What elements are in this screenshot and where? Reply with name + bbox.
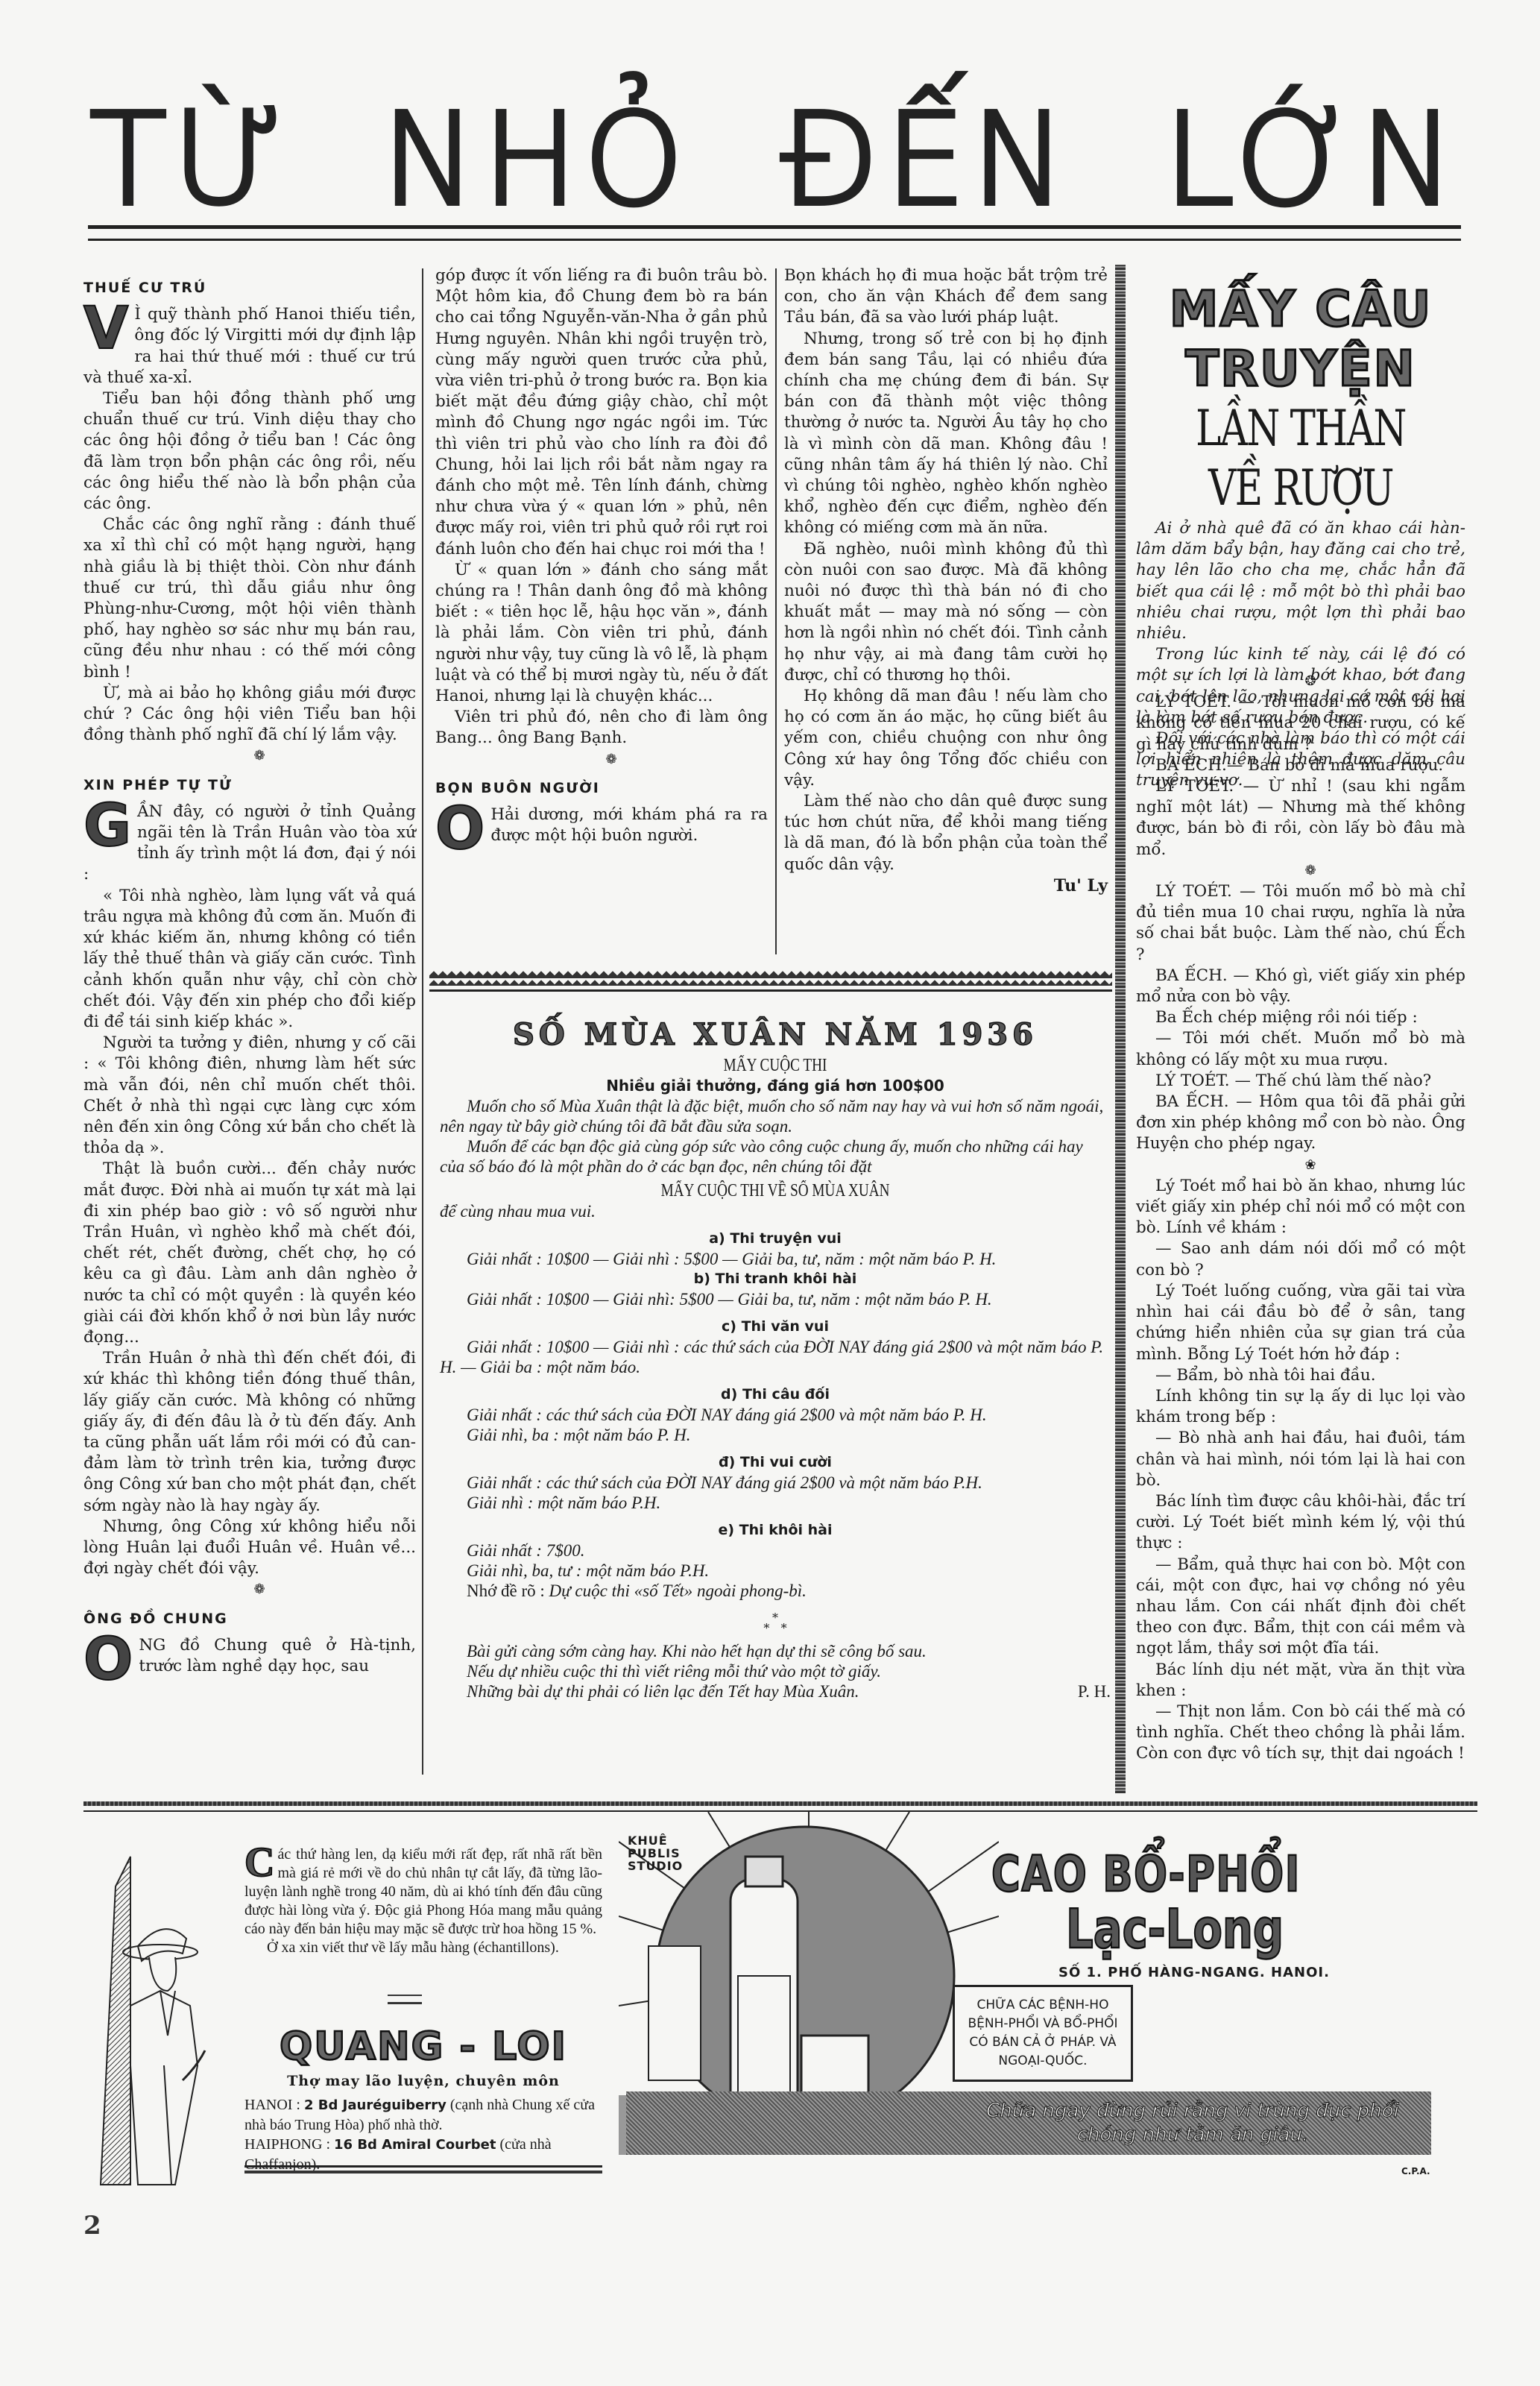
feature-border — [1115, 265, 1126, 1793]
contest-heading: MẤY CUỘC THI VỀ SỐ MÙA XUÂN — [507, 1181, 1044, 1201]
paragraph: BA ẾCH. — Khó gì, viết giấy xin phép mổ … — [1136, 966, 1465, 1007]
prize-line: Giải nhất : các thứ sách của ĐỜI NAY đán… — [440, 1473, 1111, 1493]
paragraph: BA ẾCH. — Hôm qua tôi đã phải gửi đơn xi… — [1136, 1092, 1465, 1155]
note-text: Dự cuộc thi «số Tết» ngoài phong-bì. — [549, 1581, 807, 1600]
paragraph: Ừ, mà ai bảo họ không giầu mới được chứ … — [83, 683, 416, 746]
brand-tagline: Thợ may lão luyện, chuyên môn — [244, 2073, 602, 2089]
paragraph: Người ta tưởng y điên, nhưng y cố cãi : … — [83, 1033, 416, 1159]
street-address: 16 Bd Amiral Courbet — [334, 2137, 496, 2153]
ornament-icon: ❁ — [1136, 860, 1465, 881]
ad-description: ác thứ hàng len, dạ kiểu mới rất đẹp, rấ… — [244, 1846, 602, 1937]
paragraph: LÝ TOÉT. — Ừ nhỉ ! (sau khi ngẫm nghĩ mộ… — [1136, 776, 1465, 860]
prize-line: Giải nhất : các thứ sách của ĐỜI NAY đán… — [440, 1405, 1111, 1425]
feature-title: MẤY CÂU TRUYỆN — [1136, 280, 1465, 399]
ad-quang-loi: Các thứ hàng len, dạ kiểu mới rất đẹp, r… — [75, 1812, 611, 2215]
brand-name: Lạc-Long — [1066, 1898, 1284, 1960]
column-3: Bọn khách họ đi mua hoặc bắt trộm trẻ co… — [784, 265, 1108, 896]
paragraph: — Bẩm, bò nhà tôi hai đầu. — [1136, 1365, 1465, 1386]
masthead-word: ĐẾN — [781, 104, 1072, 216]
drop-cap: O — [83, 1637, 133, 1683]
paragraph: — Tôi mới chết. Muốn mổ bò mà không có l… — [1136, 1028, 1465, 1070]
prize-line: Giải nhì, ba : một năm báo P. H. — [440, 1425, 1111, 1445]
paragraph: Viên tri phủ đó, nên cho đi làm ông Bang… — [435, 707, 768, 749]
masthead-rule — [88, 239, 1461, 241]
agency-credit: C.P.A. — [1401, 2166, 1430, 2176]
slogan: Chữa ngay đừng rủi rằng vi trùng đục phổ… — [954, 2099, 1431, 2147]
author-signature: Tu' Ly — [784, 875, 1108, 896]
ad-note: Ở xa xin viết thư về lấy mẫu hàng (échan… — [244, 1939, 602, 1957]
paragraph: Ừ « quan lớn » đánh cho sáng mắt chúng r… — [435, 560, 768, 707]
contest-announcement: SỐ MÙA XUÂN NĂM 1936 MẤY CUỘC THI Nhiều … — [440, 1014, 1111, 1702]
paragraph: ẦN đây, có người ở tỉnh Quảng ngãi tên l… — [83, 802, 416, 884]
paragraph: Thật là buồn cười... đến chảy nước mắt đ… — [83, 1159, 416, 1348]
paragraph: NG đồ Chung quê ở Hà-tịnh, trước làm ngh… — [139, 1636, 416, 1675]
masthead-word: NHỎ — [382, 104, 689, 216]
paragraph: LÝ TOÉT. — Thế chú làm thế nào? — [1136, 1071, 1465, 1092]
ad-body: Các thứ hàng len, dạ kiểu mới rất đẹp, r… — [244, 1845, 602, 1957]
ad-lac-long: KHUÊ PUBLIS STUDIO CAO BỔ-PHỔI Lạc-Long … — [619, 1812, 1476, 2229]
category-heading: a) Thi truyện vui — [440, 1229, 1111, 1249]
studio-credit: KHUÊ PUBLIS STUDIO — [628, 1834, 680, 1872]
zigzag-border — [429, 969, 1112, 986]
paragraph: Lính không tin sự lạ ấy di lục lọi vào k… — [1136, 1386, 1465, 1428]
ad-bottom-rule — [244, 2165, 602, 2173]
page-number: 2 — [83, 2211, 101, 2241]
contest-title: SỐ MÙA XUÂN NĂM 1936 — [440, 1014, 1111, 1056]
prize-line: Giải nhất : 10$00 — Giải nhì : 5$00 — Gi… — [440, 1249, 1111, 1269]
paragraph: Nhưng, trong số trẻ con bị họ định đem b… — [784, 329, 1108, 539]
address-block: HANOI : 2 Bd Jauréguiberry (cạnh nhà Chu… — [244, 2095, 602, 2174]
paragraph: LÝ TOÉT. — Tôi muốn mổ bò mà chỉ đủ tiền… — [1136, 881, 1465, 966]
prize-headline: Nhiều giải thưởng, đáng giá hơn 100$00 — [440, 1076, 1111, 1096]
feature-subtitle: LẦN THẦN VỀ RƯỢU — [1173, 399, 1430, 518]
product-title: CAO BỔ-PHỔI — [991, 1845, 1301, 1903]
closing-line: Nếu dự nhiều cuộc thi thì viết riêng mỗi… — [440, 1661, 1111, 1681]
paragraph: Làm thế nào cho dân quê được sung túc hơ… — [784, 791, 1108, 875]
street-address: 2 Bd Jauréguiberry — [304, 2097, 446, 2113]
drop-cap: O — [435, 806, 485, 852]
paragraph: Bọn khách họ đi mua hoặc bắt trộm trẻ co… — [784, 265, 1108, 329]
drop-cap: V — [83, 306, 128, 352]
closing-line: Bài gửi càng sớm càng hay. Khi nào hết h… — [440, 1641, 1111, 1661]
column-1: THUẾ CƯ TRÚ VÌ quỹ thành phố Hanoi thiếu… — [83, 270, 416, 1683]
closing-line: Những bài dự thi phải có liên lạc đến Tế… — [467, 1681, 859, 1702]
paragraph: góp được ít vốn liếng ra đi buôn trâu bò… — [435, 265, 768, 560]
paragraph: Nhưng, ông Công xứ không hiểu nỗi lòng H… — [83, 1517, 416, 1580]
paragraph: Chắc các ông nghĩ rằng : đánh thuế xa xỉ… — [83, 514, 416, 683]
contest-rule — [429, 989, 1112, 992]
paragraph: Bác lính tìm được câu khôi-hài, đắc trí … — [1136, 1491, 1465, 1555]
paragraph: Lý Toét mổ hai bò ăn khao, nhưng lúc viế… — [1136, 1176, 1465, 1239]
ornament-icon: ❁ — [435, 749, 768, 770]
paragraph: « Tôi nhà nghèo, làm lụng vất vả quá trâ… — [83, 886, 416, 1033]
city-label: HANOI : — [244, 2097, 300, 2113]
prize-line: Giải nhất : 10$00 — Giải nhì: 5$00 — Giả… — [440, 1289, 1111, 1309]
paragraph: Hải dương, mới khám phá ra ra được một h… — [490, 805, 768, 845]
gentleman-illustration-icon — [86, 1842, 265, 2192]
ornament-icon: ❁ — [83, 746, 416, 767]
section-heading: XIN PHÉP TỰ TỬ — [83, 775, 416, 796]
drop-cap: C — [244, 1845, 274, 1880]
section-heading: ÔNG ĐỒ CHUNG — [83, 1608, 416, 1629]
drop-cap: G — [83, 803, 131, 849]
column-2: góp được ít vốn liếng ra đi buôn trâu bò… — [435, 265, 768, 852]
category-heading: d) Thi câu đối — [440, 1385, 1111, 1405]
ornament-rule — [388, 1995, 422, 2004]
ornament-icon: ❁ — [83, 1579, 416, 1600]
paragraph: để cùng nhau mua vui. — [440, 1201, 1111, 1221]
contest-subtitle: MẤY CUỘC THI — [507, 1056, 1044, 1076]
paragraph: Bác lính dịu nét mặt, vừa ăn thịt vừa kh… — [1136, 1660, 1465, 1702]
ornament-icon: ❂ — [1136, 671, 1465, 692]
paragraph: — Bẩm, quả thực hai con bò. Một con cái,… — [1136, 1555, 1465, 1660]
paragraph: Muốn để các bạn độc giả cùng góp sức vào… — [440, 1136, 1111, 1177]
paragraph: — Bò nhà anh hai đầu, hai đuôi, tám chân… — [1136, 1428, 1465, 1491]
masthead-word: LỚN — [1164, 104, 1461, 216]
category-heading: e) Thi khôi hài — [440, 1520, 1111, 1540]
paragraph: Muốn cho số Mùa Xuân thật là đặc biệt, m… — [440, 1096, 1111, 1136]
paragraph: Ba Ếch chép miệng rồi nói tiếp : — [1136, 1007, 1465, 1028]
section-heading: BỌN BUÔN NGƯỜI — [435, 778, 768, 799]
category-heading: c) Thi văn vui — [440, 1317, 1111, 1337]
paragraph: LÝ TOÉT. — Tôi muốn mổ con bò mà không c… — [1136, 692, 1465, 755]
paragraph: Đã nghèo, nuôi mình không đủ thì còn nuô… — [784, 539, 1108, 686]
city-label: HAIPHONG : — [244, 2136, 330, 2153]
column-divider — [775, 268, 777, 954]
category-heading: đ) Thi vui cười — [440, 1452, 1111, 1473]
category-heading: b) Thi tranh khôi hài — [440, 1269, 1111, 1289]
paragraph: Ai ở nhà quê đã có ăn khao cái hàn-lâm d… — [1136, 518, 1465, 644]
brand-name: QUANG - LOI — [244, 2024, 602, 2069]
ornament-icon: ❀ — [1136, 1155, 1465, 1176]
paragraph: BA ẾCH.— Bán bò đi mà mua rượu. — [1136, 755, 1465, 776]
claims-box: CHỮA CÁC BỆNH-HO BỆNH-PHỔI VÀ BỔ-PHỔI CÓ… — [953, 1985, 1133, 2082]
paragraph: Tiểu ban hội đồng thành phố ưng chuẩn th… — [83, 388, 416, 514]
masthead-word: TỪ — [89, 104, 290, 216]
asterism-icon: ** * — [440, 1613, 1111, 1634]
newspaper-page: TỪ NHỎ ĐẾN LỚN THUẾ CƯ TRÚ VÌ quỹ thành … — [0, 0, 1540, 2386]
section-heading: THUẾ CƯ TRÚ — [83, 277, 416, 298]
contest-signature: P. H. — [1078, 1681, 1111, 1702]
address: SỐ 1. PHỐ HÀNG-NGANG. HANOI. — [1058, 1965, 1330, 1980]
paragraph: Trần Huân ở nhà thì đến chết đói, đi xứ … — [83, 1348, 416, 1517]
ad-separator — [83, 1801, 1477, 1806]
paragraph: — Thịt non lắm. Con bò cái thế mà có tìn… — [1136, 1702, 1465, 1765]
paragraph: — Sao anh dám nói dối mổ có một con bò ? — [1136, 1238, 1465, 1280]
prize-line: Giải nhất : 7$00. — [440, 1540, 1111, 1561]
masthead-rule — [88, 225, 1461, 229]
paragraph: Lý Toét luống cuống, vừa gãi tai vừa nhì… — [1136, 1281, 1465, 1365]
prize-line: Giải nhì : một năm báo P.H. — [440, 1493, 1111, 1513]
prize-line: Giải nhất : 10$00 — Giải nhì : các thứ s… — [440, 1337, 1111, 1377]
prize-line: Giải nhì, ba, tư : một năm báo P.H. — [440, 1561, 1111, 1581]
masthead-title: TỪ NHỎ ĐẾN LỚN — [89, 104, 1461, 216]
paragraph: Ì quỹ thành phố Hanoi thiếu tiền, ông đố… — [83, 305, 416, 387]
note-label: Nhớ đề rõ : — [467, 1581, 545, 1600]
feature-stories: ❂ LÝ TOÉT. — Tôi muốn mổ con bò mà không… — [1136, 671, 1465, 1765]
paragraph: Họ không dã man đâu ! nếu làm cho họ có … — [784, 686, 1108, 791]
column-divider — [422, 268, 423, 1775]
